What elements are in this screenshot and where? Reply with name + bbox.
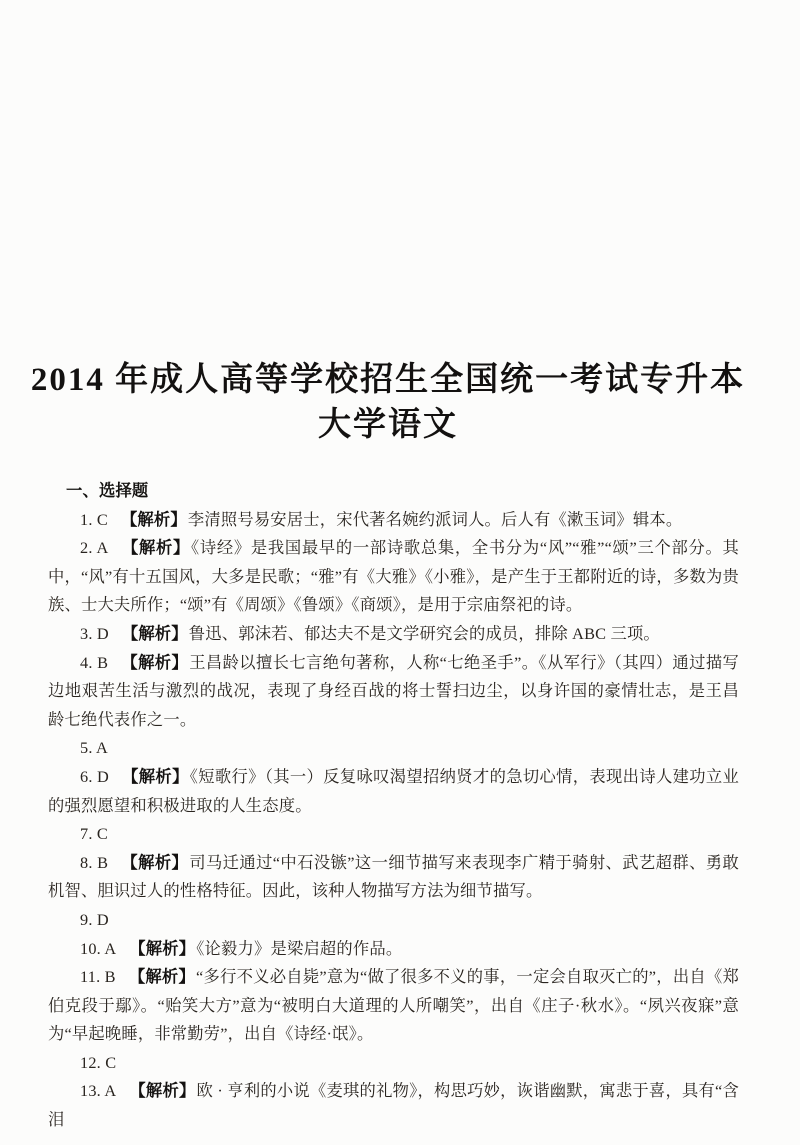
answer-number: 2. A: [80, 538, 108, 557]
jiexi-label: 【解析】: [121, 853, 188, 872]
answer-items-list: 1. C【解析】李清照号易安居士，宋代著名婉约派词人。后人有《漱玉词》辑本。 2…: [48, 506, 739, 1135]
answer-explanation: 《论毅力》是梁启超的作品。: [196, 939, 402, 958]
answer-item: 2. A【解析】《诗经》是我国最早的一部诗歌总集，全书分为“风”“雅”“颂”三个…: [48, 534, 739, 620]
answer-item: 9. D: [48, 906, 739, 935]
answer-item: 11. B【解析】“多行不义必自毙”意为“做了很多不义的事，一定会自取灭亡的”，…: [48, 963, 739, 1049]
multiple-choice-answers-section: 一、选择题 1. C【解析】李清照号易安居士，宋代著名婉约派词人。后人有《漱玉词…: [48, 477, 739, 1135]
answer-number: 4. B: [80, 653, 108, 672]
answer-explanation: 李清照号易安居士，宋代著名婉约派词人。后人有《漱玉词》辑本。: [188, 510, 682, 529]
answer-number: 1. C: [80, 510, 108, 529]
answer-item: 6. D【解析】《短歌行》（其一）反复咏叹渴望招纳贤才的急切心情，表现出诗人建功…: [48, 763, 739, 820]
answer-number: 12. C: [80, 1053, 116, 1072]
answer-number: 8. B: [80, 853, 108, 872]
answer-item: 5. A: [48, 734, 739, 763]
answer-item: 12. C: [48, 1049, 739, 1078]
answer-number: 6. D: [80, 767, 109, 786]
jiexi-label: 【解析】: [121, 510, 187, 529]
answer-number: 13. A: [80, 1081, 116, 1100]
answer-item: 1. C【解析】李清照号易安居士，宋代著名婉约派词人。后人有《漱玉词》辑本。: [48, 506, 739, 535]
answer-number: 7. C: [80, 824, 108, 843]
answer-number: 9. D: [80, 910, 109, 929]
jiexi-label: 【解析】: [129, 967, 195, 986]
exam-title-line1: 2014 年成人高等学校招生全国统一考试专升本: [0, 358, 776, 403]
answer-item: 8. B【解析】司马迁通过“中石没镞”这一细节描写来表现李广精于骑射、武艺超群、…: [48, 849, 739, 906]
jiexi-label: 【解析】: [129, 1081, 195, 1100]
answer-number: 5. A: [80, 738, 108, 757]
jiexi-label: 【解析】: [122, 624, 188, 643]
answer-number: 11. B: [80, 967, 116, 986]
answer-item: 13. A【解析】欧 · 亨利的小说《麦琪的礼物》，构思巧妙，诙谐幽默，寓悲于喜…: [48, 1077, 739, 1134]
answer-number: 3. D: [80, 624, 109, 643]
section-heading: 一、选择题: [48, 477, 739, 506]
answer-item: 3. D【解析】鲁迅、郭沫若、郁达夫不是文学研究会的成员，排除 ABC 三项。: [48, 620, 739, 649]
answer-item: 4. B【解析】王昌龄以擅长七言绝句著称，人称“七绝圣手”。《从军行》（其四）通…: [48, 649, 739, 735]
answer-item: 7. C: [48, 820, 739, 849]
scanned-answer-page: 2014 年成人高等学校招生全国统一考试专升本 大学语文 一、选择题 1. C【…: [0, 0, 800, 1145]
jiexi-label: 【解析】: [129, 939, 195, 958]
exam-title-line2: 大学语文: [0, 403, 776, 448]
answer-item: 10. A【解析】《论毅力》是梁启超的作品。: [48, 935, 739, 964]
answer-number: 10. A: [80, 939, 116, 958]
answer-explanation: 鲁迅、郭沫若、郁达夫不是文学研究会的成员，排除 ABC 三项。: [189, 624, 660, 643]
jiexi-label: 【解析】: [122, 767, 189, 786]
jiexi-label: 【解析】: [121, 653, 188, 672]
exam-title: 2014 年成人高等学校招生全国统一考试专升本 大学语文: [0, 358, 776, 448]
jiexi-label: 【解析】: [121, 538, 190, 557]
